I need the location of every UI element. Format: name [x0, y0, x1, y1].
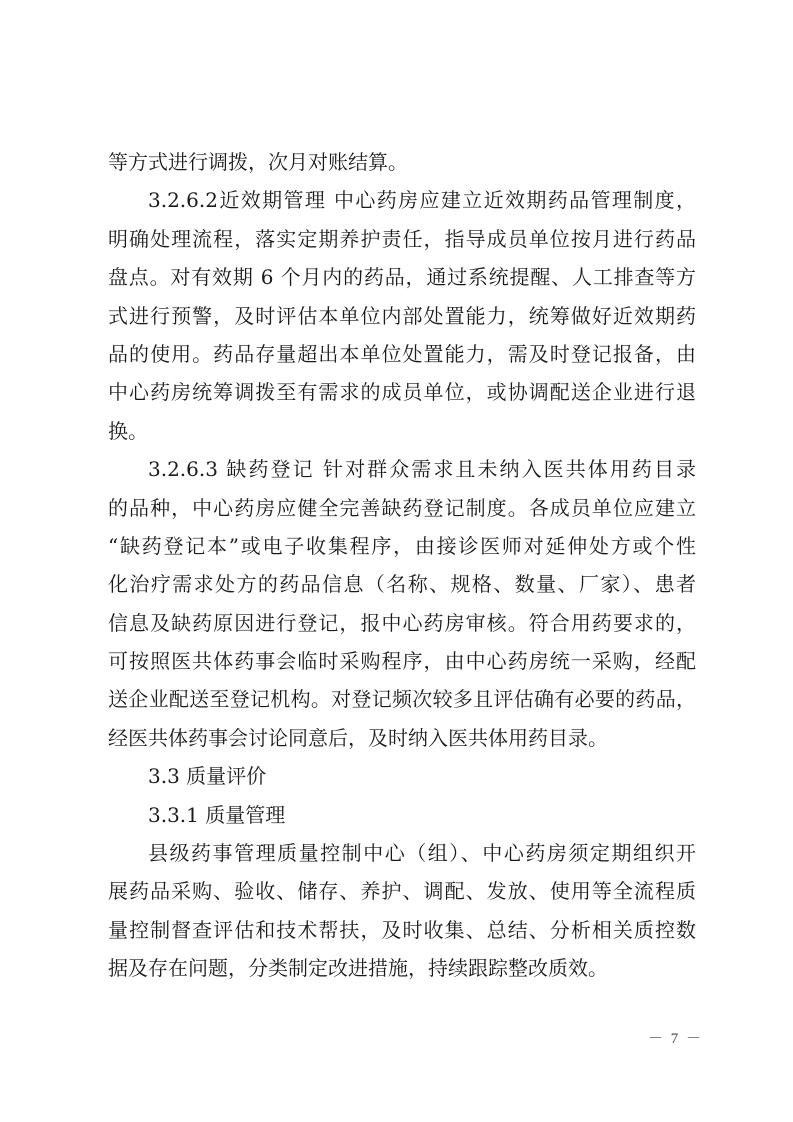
text-line: 送企业配送至登记机构。对登记频次较多且评估确有必要的药品，	[108, 680, 696, 718]
text-line: “缺药登记本”或电子收集程序，由接诊医师对延伸处方或个性	[108, 527, 696, 565]
section-heading-3-2-6-2: 3.2.6.2近效期管理 中心药房应建立近效期药品管理制度，	[108, 181, 696, 219]
text-line: 换。	[108, 412, 696, 450]
text-line: 展药品采购、验收、储存、养护、调配、发放、使用等全流程质	[108, 872, 696, 910]
section-heading-3-3: 3.3 质量评价	[108, 757, 696, 795]
text-line: 据及存在问题，分类制定改进措施，持续跟踪整改质效。	[108, 949, 696, 987]
text-line: 的品种，中心药房应健全完善缺药登记制度。各成员单位应建立	[108, 489, 696, 527]
text-line: 等方式进行调拨，次月对账结算。	[108, 143, 696, 181]
document-page: 等方式进行调拨，次月对账结算。 3.2.6.2近效期管理 中心药房应建立近效期药…	[0, 0, 793, 1122]
text-line: 品的使用。药品存量超出本单位处置能力，需及时登记报备，由	[108, 335, 696, 373]
page-number: － 7 －	[648, 1027, 703, 1048]
body-text: 等方式进行调拨，次月对账结算。 3.2.6.2近效期管理 中心药房应建立近效期药…	[108, 143, 696, 988]
text-line: 化治疗需求处方的药品信息（名称、规格、数量、厂家）、患者	[108, 565, 696, 603]
text-line: 经医共体药事会讨论同意后，及时纳入医共体用药目录。	[108, 719, 696, 757]
text-line: 县级药事管理质量控制中心（组）、中心药房须定期组织开	[108, 834, 696, 872]
section-heading-3-2-6-3: 3.2.6.3 缺药登记 针对群众需求且未纳入医共体用药目录	[108, 450, 696, 488]
section-heading-3-3-1: 3.3.1 质量管理	[108, 796, 696, 834]
text-line: 式进行预警，及时评估本单位内部处置能力，统筹做好近效期药	[108, 297, 696, 335]
text-line: 量控制督查评估和技术帮扶，及时收集、总结、分析相关质控数	[108, 911, 696, 949]
text-line: 可按照医共体药事会临时采购程序，由中心药房统一采购，经配	[108, 642, 696, 680]
text-line: 信息及缺药原因进行登记，报中心药房审核。符合用药要求的，	[108, 604, 696, 642]
text-line: 明确处理流程，落实定期养护责任，指导成员单位按月进行药品	[108, 220, 696, 258]
text-line: 中心药房统筹调拨至有需求的成员单位，或协调配送企业进行退	[108, 373, 696, 411]
text-line: 盘点。对有效期 6 个月内的药品，通过系统提醒、人工排查等方	[108, 258, 696, 296]
